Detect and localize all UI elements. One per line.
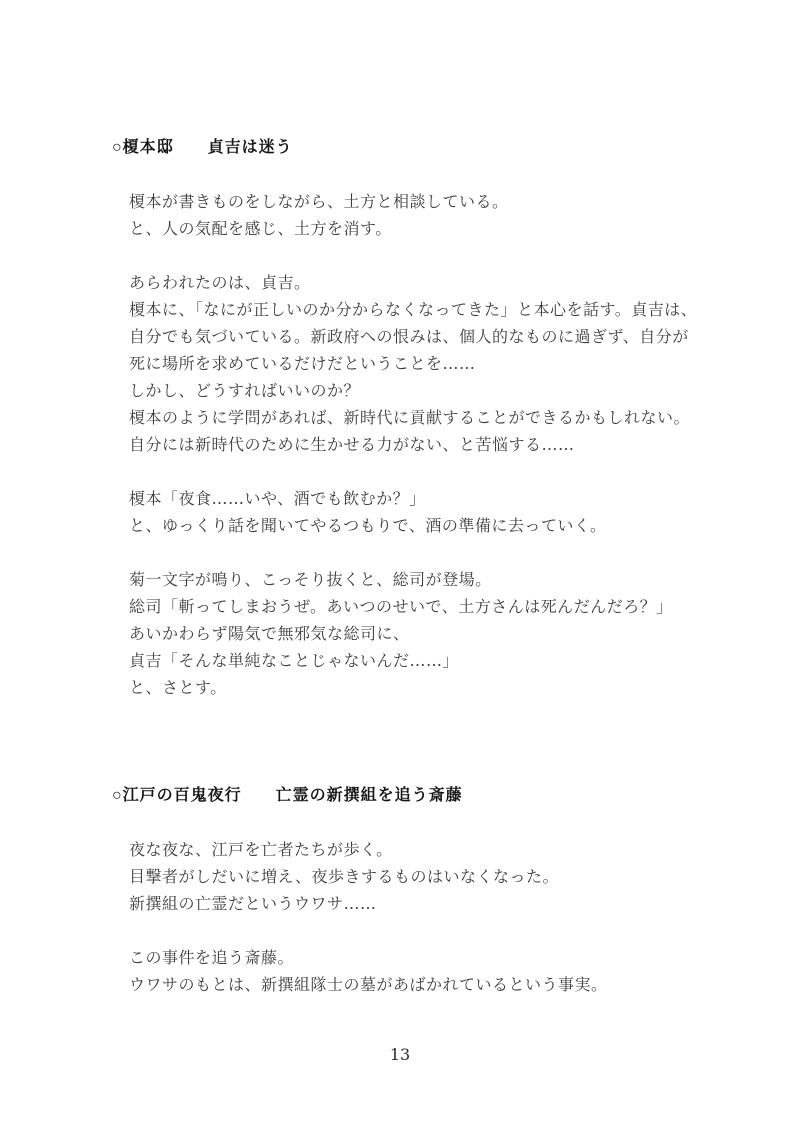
script-line: 榎本に、「なにが正しいのか分からなくなってきた」と本心を話す。貞吉は、 (112, 296, 752, 323)
script-line: 自分には新時代のために生かせる力がない、と苦悩する…… (112, 431, 752, 458)
script-line: 目撃者がしだいに増え、夜歩きするものはいなくなった。 (112, 863, 752, 890)
script-line: と、さとす。 (112, 674, 752, 701)
script-line: しかし、どうすればいいのか？ (112, 377, 752, 404)
blank-line (112, 539, 752, 566)
script-line: この事件を追う斎藤。 (112, 944, 752, 971)
scene-heading-edo-hyakki-yagyo: ○江戸の百鬼夜行 亡霊の新撰組を追う斎藤 (112, 782, 752, 809)
script-line: 榎本が書きものをしながら、土方と相談している。 (112, 188, 752, 215)
script-line: 夜な夜な、江戸を亡者たちが歩く。 (112, 836, 752, 863)
scene-heading-enomoto-residence: ○榎本邸 貞吉は迷う (112, 134, 752, 161)
page-number: 13 (0, 1041, 800, 1068)
blank-line (112, 161, 752, 188)
script-line: あらわれたのは、貞吉。 (112, 269, 752, 296)
script-line: と、人の気配を感じ、土方を消す。 (112, 215, 752, 242)
script-line: 総司「斬ってしまおうぜ。あいつのせいで、土方さんは死んだんだろ？」 (112, 593, 752, 620)
script-line: 榎本「夜食……いや、酒でも飲むか？」 (112, 485, 752, 512)
script-text-block: ○榎本邸 貞吉は迷う 榎本が書きものをしながら、土方と相談している。 と、人の気… (112, 134, 752, 998)
script-line: ウワサのもとは、新撰組隊士の墓があばかれているという事実。 (112, 971, 752, 998)
script-line: 死に場所を求めているだけだということを…… (112, 350, 752, 377)
script-line: と、ゆっくり話を聞いてやるつもりで、酒の準備に去っていく。 (112, 512, 752, 539)
script-line: 自分でも気づいている。新政府への恨みは、個人的なものに過ぎず、自分が (112, 323, 752, 350)
script-line: 新撰組の亡霊だというウワサ…… (112, 890, 752, 917)
blank-line (112, 458, 752, 485)
blank-line (112, 809, 752, 836)
script-line: あいかわらず陽気で無邪気な総司に、 (112, 620, 752, 647)
blank-line (112, 242, 752, 269)
script-line: 菊一文字が鳴り、こっそり抜くと、総司が登場。 (112, 566, 752, 593)
script-line: 貞吉「そんな単純なことじゃないんだ……」 (112, 647, 752, 674)
document-page: ○榎本邸 貞吉は迷う 榎本が書きものをしながら、土方と相談している。 と、人の気… (0, 0, 800, 1131)
blank-line (112, 701, 752, 782)
blank-line (112, 917, 752, 944)
script-line: 榎本のように学問があれば、新時代に貢献することができるかもしれない。 (112, 404, 752, 431)
